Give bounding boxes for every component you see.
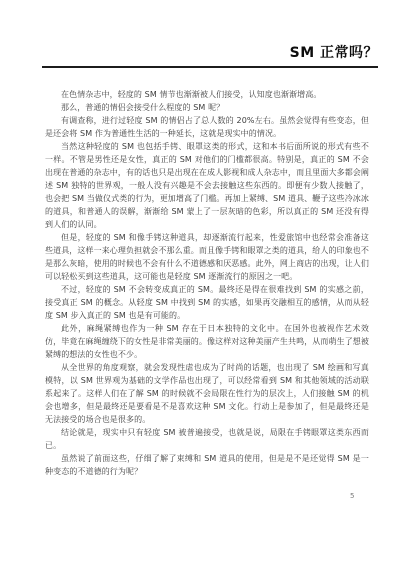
body-text: 在色情杂志中，轻度的 SM 情节也渐渐被人们接受，认知度也渐渐增高。那么，普通的…: [45, 88, 369, 478]
paragraph: 从全世界的角度观察，就会发现性虐也成为了时尚的话题，也出现了 SM 绘画和写真模…: [45, 361, 369, 426]
page-number: 5: [350, 492, 354, 500]
document-page: SM 正常吗？ 在色情杂志中，轻度的 SM 情节也渐渐被人们接受，认知度也渐渐增…: [0, 0, 400, 572]
paragraph: 此外，麻绳紧缚也作为一种 SM 存在于日本独特的文化中。在国外也被视作艺术效仿，…: [45, 322, 369, 361]
paragraph: 虽然说了前面这些，仔细了解了束缚和 SM 道具的使用，但是是不是还觉得 SM 是…: [45, 452, 369, 478]
title-divider: [42, 66, 378, 68]
paragraph: 那么，普通的情侣会接受什么程度的 SM 呢？: [45, 101, 369, 114]
paragraph: 有调查称，进行过轻度 SM 的情侣占了总人数的 20%左右。虽然会觉得有些变态，…: [45, 114, 369, 140]
paragraph: 但是，轻度的 SM 和像手铐这种道具，却逐渐流行起来，性爱旅馆中也经常会准备这些…: [45, 231, 369, 283]
paragraph: 不过，轻度的 SM 不会转变成真正的 SM。最终还是得在很难找到 SM 的实感之…: [45, 283, 369, 322]
paragraph: 结论就是，现实中只有轻度 SM 被普遍接受，也就是说，局限在手铐眼罩这类东西而已…: [45, 426, 369, 452]
page-header: SM 正常吗？: [42, 44, 378, 68]
paragraph: 当然这种轻度的 SM 也包括手铐、眼罩这类的形式，这和本书后面所说的形式有些不一…: [45, 140, 369, 231]
page-title: SM 正常吗？: [42, 44, 378, 62]
paragraph: 在色情杂志中，轻度的 SM 情节也渐渐被人们接受，认知度也渐渐增高。: [45, 88, 369, 101]
